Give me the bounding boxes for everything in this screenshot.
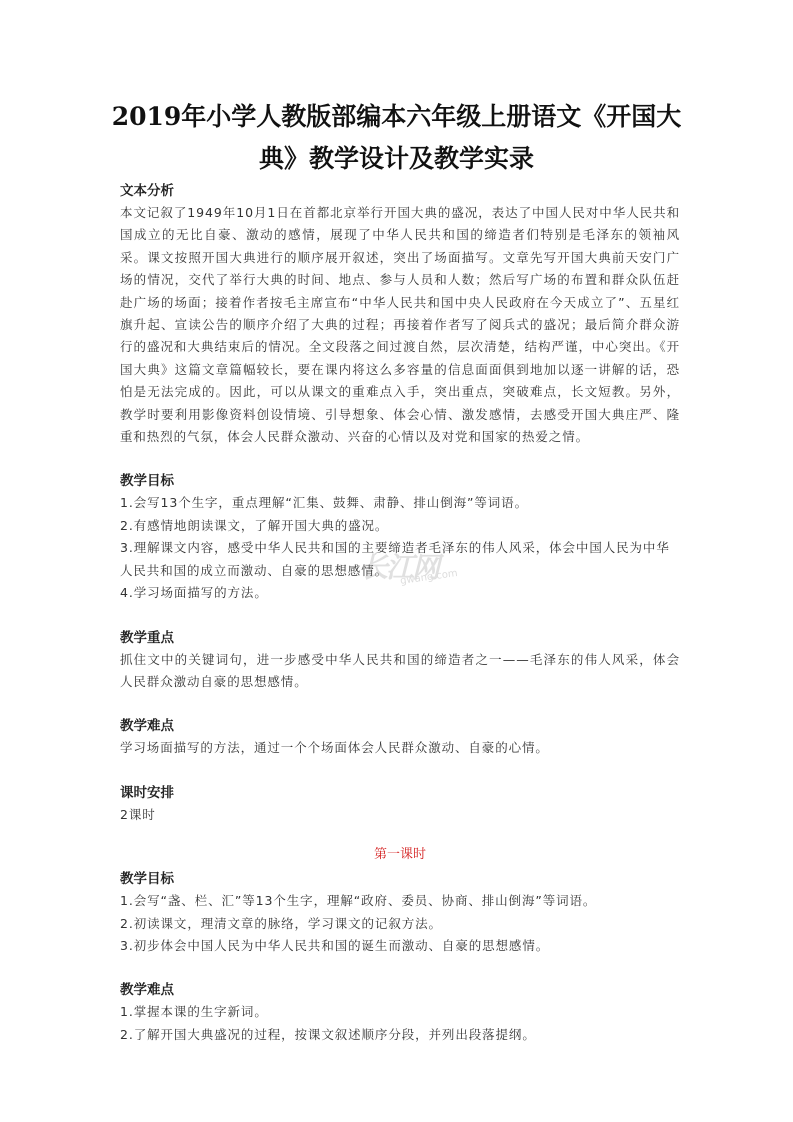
list-item: 2.有感情地朗读课文，了解开国大典的盛况。 bbox=[120, 515, 680, 537]
paragraph: 2课时 bbox=[120, 804, 680, 826]
section-text-analysis: 文本分析 本文记叙了1949年10月1日在首都北京举行开国大典的盛况，表达了中国… bbox=[120, 180, 680, 448]
section-schedule: 课时安排 2课时 bbox=[120, 782, 680, 826]
paragraph: 本文记叙了1949年10月1日在首都北京举行开国大典的盛况，表达了中国人民对中华… bbox=[120, 202, 680, 448]
list-item: 2.了解开国大典盛况的过程，按课文叙述顺序分段，并列出段落提纲。 bbox=[120, 1024, 680, 1046]
document-body: 文本分析 本文记叙了1949年10月1日在首都北京举行开国大典的盛况，表达了中国… bbox=[120, 180, 680, 1046]
list-item: 1.会写13个生字，重点理解“汇集、鼓舞、肃静、排山倒海”等词语。 bbox=[120, 492, 680, 514]
section-lesson1-goals: 教学目标 1.会写“盏、栏、汇”等13个生字，理解“政府、委员、协商、排山倒海”… bbox=[120, 868, 680, 957]
section-heading: 课时安排 bbox=[120, 782, 680, 804]
list-item: 4.学习场面描写的方法。 bbox=[120, 582, 680, 604]
lesson-one-label: 第一课时 bbox=[120, 844, 680, 868]
list-item: 3.初步体会中国人民为中华人民共和国的诞生而激动、自豪的思想感情。 bbox=[120, 935, 680, 957]
section-teaching-goals: 教学目标 1.会写13个生字，重点理解“汇集、鼓舞、肃静、排山倒海”等词语。 2… bbox=[120, 470, 680, 604]
document-title-line-2: 典》教学设计及教学实录 bbox=[100, 142, 693, 176]
paragraph: 抓住文中的关键词句，进一步感受中华人民共和国的缔造者之一——毛泽东的伟人风采，体… bbox=[120, 649, 680, 694]
list-item: 2.初读课文，理清文章的脉络，学习课文的记叙方法。 bbox=[120, 913, 680, 935]
document-page: 2019年小学人教版部编本六年级上册语文《开国大 典》教学设计及教学实录 文本分… bbox=[0, 0, 793, 1122]
section-heading: 教学目标 bbox=[120, 868, 680, 890]
section-heading: 教学目标 bbox=[120, 470, 680, 492]
list-item: 1.掌握本课的生字新词。 bbox=[120, 1001, 680, 1023]
list-item: 3.理解课文内容，感受中华人民共和国的主要缔造者毛泽东的伟人风采，体会中国人民为… bbox=[120, 537, 680, 582]
list-item: 1.会写“盏、栏、汇”等13个生字，理解“政府、委员、协商、排山倒海”等词语。 bbox=[120, 890, 680, 912]
document-title-line-1: 2019年小学人教版部编本六年级上册语文《开国大 bbox=[100, 100, 693, 134]
section-heading: 教学难点 bbox=[120, 715, 680, 737]
section-key-points: 教学重点 抓住文中的关键词句，进一步感受中华人民共和国的缔造者之一——毛泽东的伟… bbox=[120, 627, 680, 694]
section-difficulties: 教学难点 学习场面描写的方法，通过一个个场面体会人民群众激动、自豪的心情。 bbox=[120, 715, 680, 759]
section-heading: 文本分析 bbox=[120, 180, 680, 202]
section-lesson1-difficulties: 教学难点 1.掌握本课的生字新词。 2.了解开国大典盛况的过程，按课文叙述顺序分… bbox=[120, 979, 680, 1046]
paragraph: 学习场面描写的方法，通过一个个场面体会人民群众激动、自豪的心情。 bbox=[120, 737, 680, 759]
section-heading: 教学重点 bbox=[120, 627, 680, 649]
section-heading: 教学难点 bbox=[120, 979, 680, 1001]
